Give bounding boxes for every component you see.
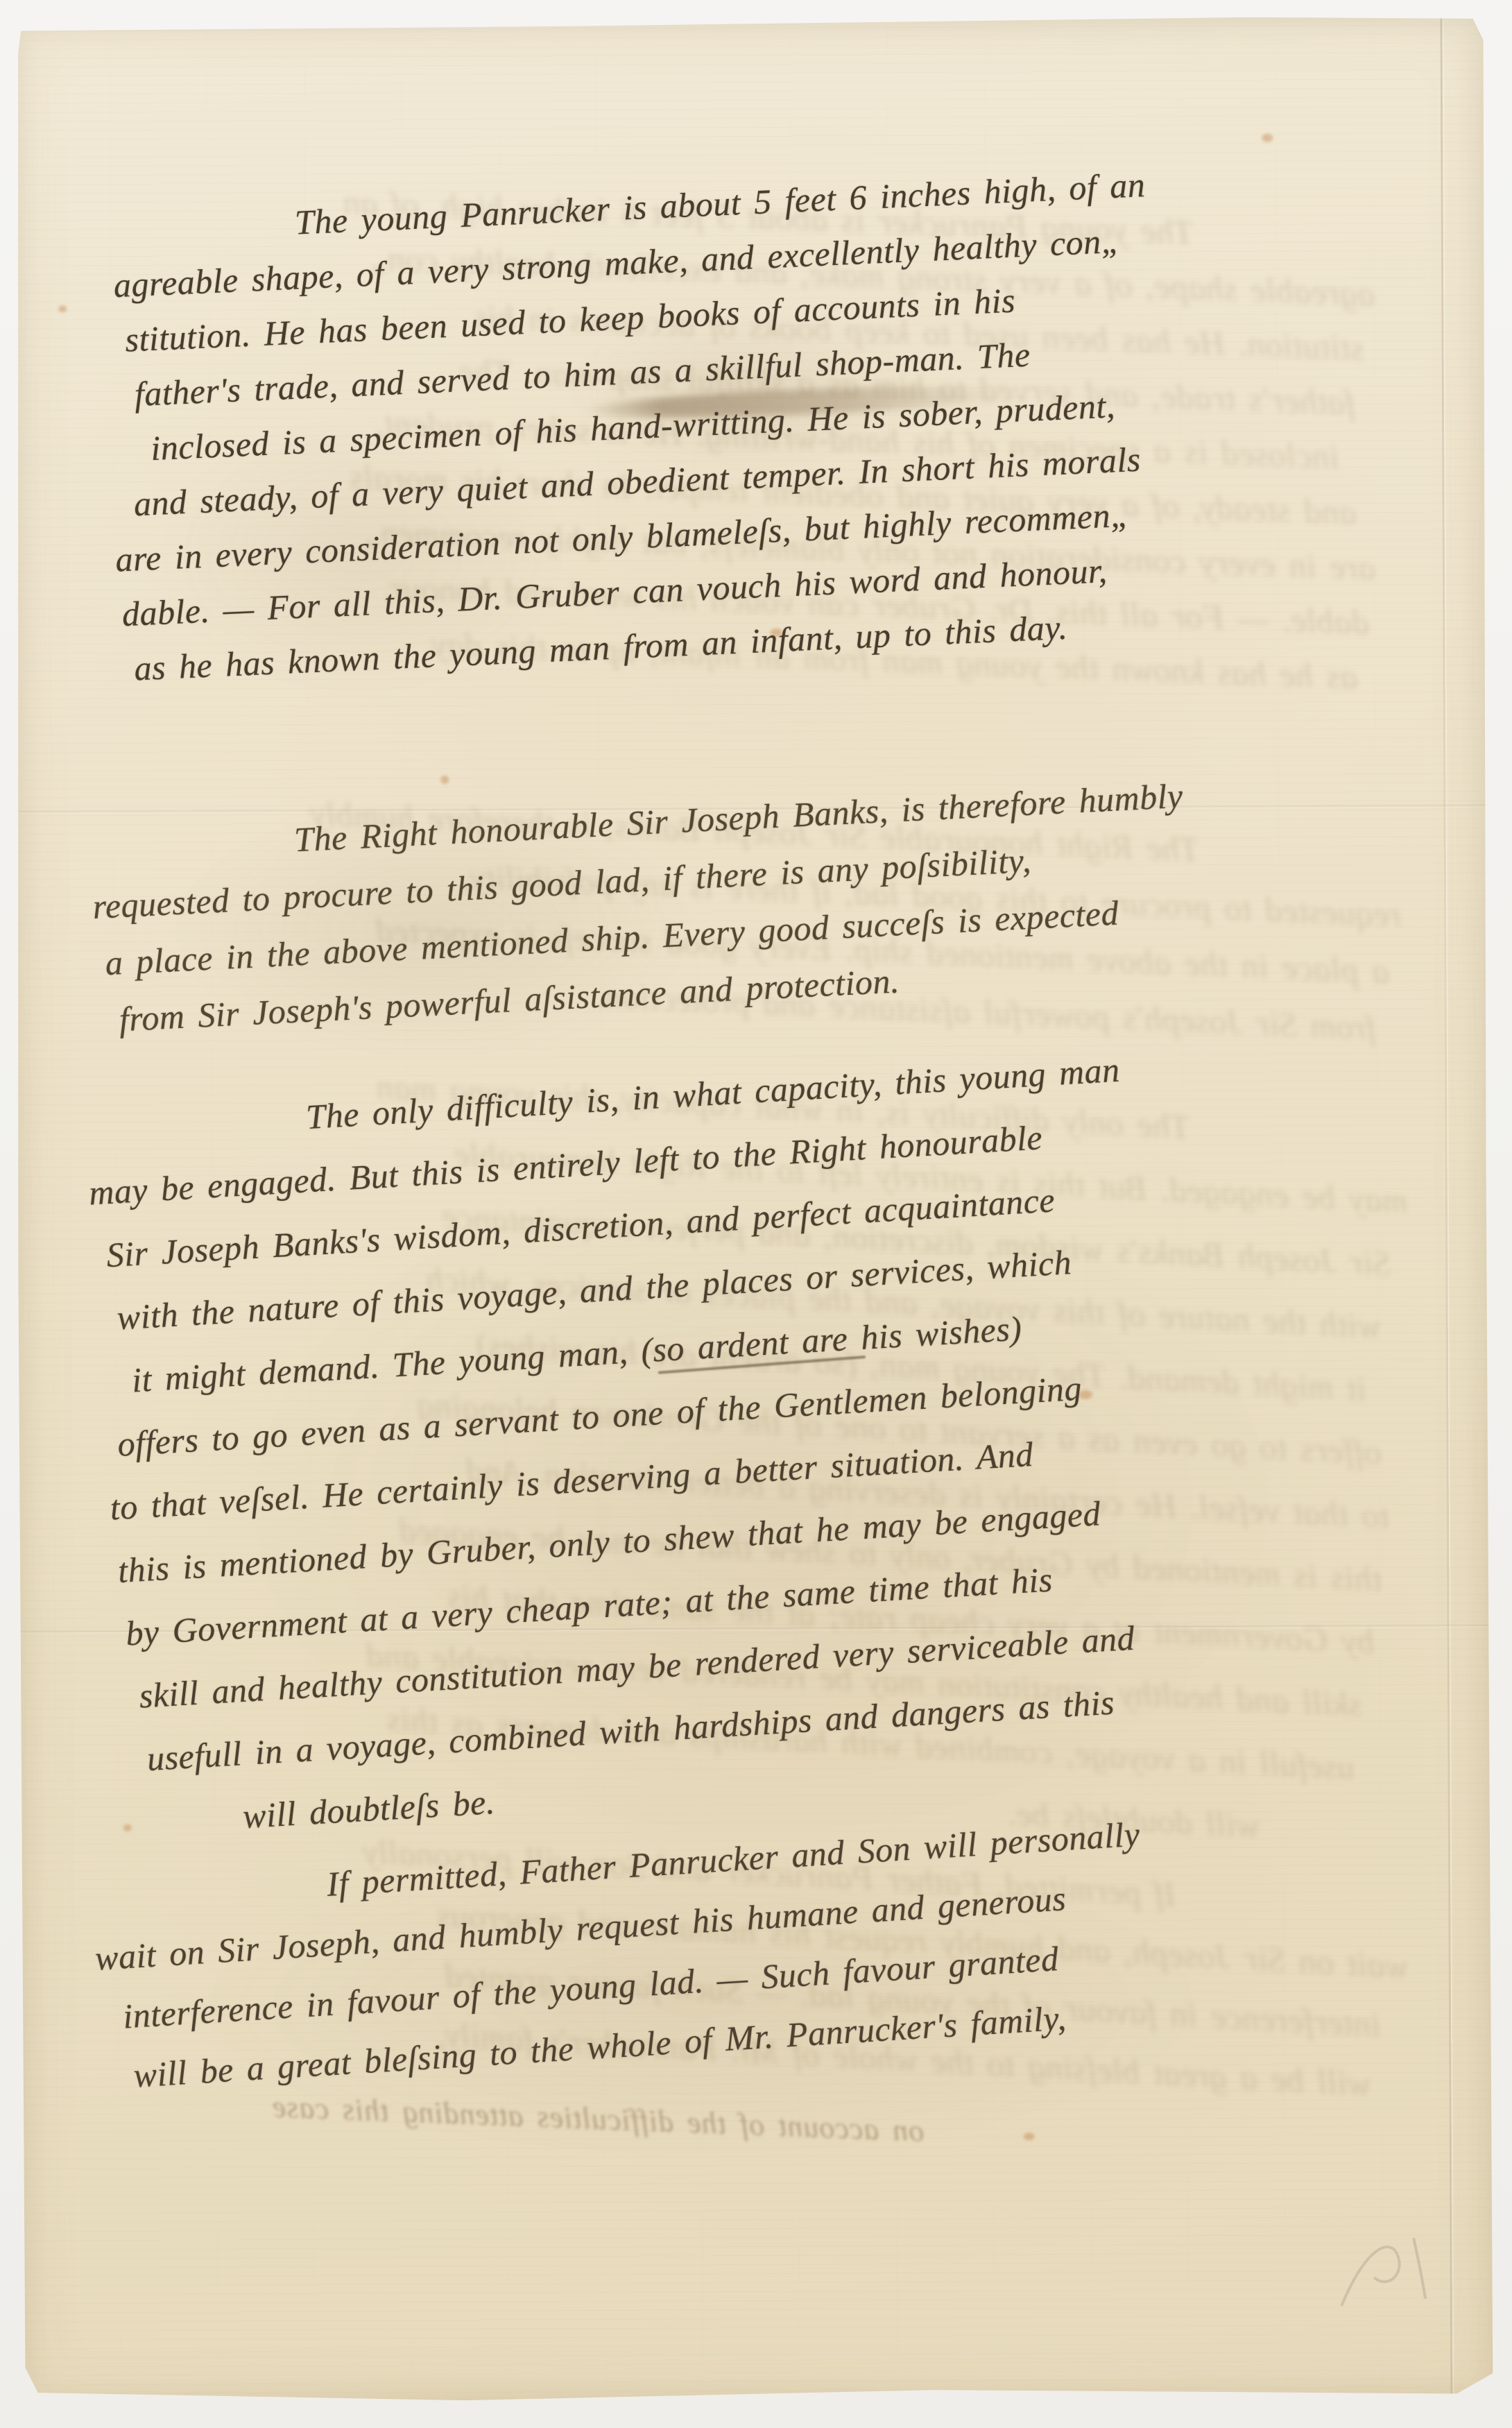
- foxing-spot: [440, 776, 449, 784]
- paragraph-closing: If permitted, Father Panrucker and Son w…: [89, 1804, 1153, 2107]
- foxing-spot: [58, 305, 67, 312]
- paragraph-capacity: The only difficulty is, in what capacity…: [79, 1038, 1162, 1856]
- foxing-spot: [1262, 134, 1273, 142]
- fold-crease-vertical: [1441, 17, 1453, 2397]
- paragraph-description: The young Panrucker is about 5 feet 6 in…: [100, 157, 1166, 696]
- verso-bleedthrough-line: on account of the difficulties attending…: [271, 2089, 925, 2148]
- pencil-mark: [1326, 2216, 1452, 2327]
- foxing-spot: [1024, 2132, 1035, 2140]
- letter-page: The young Panrucker is about 5 feet 6 in…: [13, 16, 1494, 2403]
